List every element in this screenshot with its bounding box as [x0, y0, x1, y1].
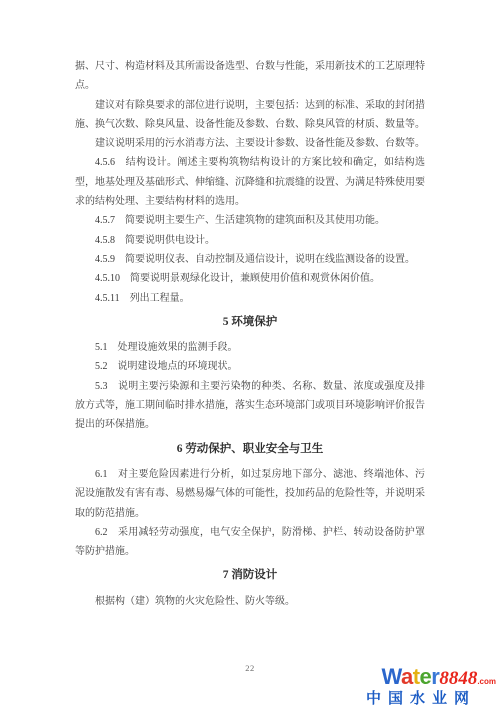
paragraph: 4.5.6 结构设计。阐述主要构筑物结构设计的方案比较和确定，如结构选型，地基处…: [75, 153, 425, 211]
logo-water-text: Water: [381, 664, 439, 689]
paragraph: 5.3 说明主要污染源和主要污染物的种类、名称、数量、浓度或强度及排放方式等，施…: [75, 377, 425, 435]
paragraph: 据、尺寸、构造材料及其所需设备选型、台数与性能，采用新技术的工艺原理特点。: [75, 57, 425, 96]
section-heading: 5 环境保护: [75, 313, 425, 332]
paragraph: 5.2 说明建设地点的环境现状。: [75, 357, 425, 376]
paragraph: 6.2 采用减轻劳动强度，电气安全保护，防滑梯、护栏、转动设备防护罩等防护措施。: [75, 523, 425, 562]
paragraph: 根据构（建）筑物的火灾危险性、防火等级。: [75, 592, 425, 611]
logo-wordmark: Water8848.com: [366, 666, 496, 688]
paragraph: 5.1 处理设施效果的监测手段。: [75, 338, 425, 357]
paragraph: 6.1 对主要危险因素进行分析，如过泵房地下部分、滤池、终端池体、污泥设施散发有…: [75, 465, 425, 523]
paragraph: 4.5.8 简要说明供电设计。: [75, 231, 425, 250]
logo-com-text: .com: [477, 677, 496, 686]
logo-letter: t: [413, 664, 420, 689]
paragraph: 4.5.7 简要说明主要生产、生活建筑物的建筑面积及其使用功能。: [75, 211, 425, 230]
logo-letter: a: [401, 664, 413, 689]
water8848-logo: Water8848.com 中国水业网: [366, 666, 496, 706]
document-content: 据、尺寸、构造材料及其所需设备选型、台数与性能，采用新技术的工艺原理特点。建议对…: [75, 57, 425, 611]
paragraph: 建议说明采用的污水消毒方法、主要设计参数、设备性能及参数、台数等。: [75, 134, 425, 153]
section-heading: 7 消防设计: [75, 566, 425, 585]
paragraph: 4.5.10 简要说明景观绿化设计，兼顾使用价值和观赏休闲价值。: [75, 269, 425, 288]
document-page: 据、尺寸、构造材料及其所需设备选型、台数与性能，采用新技术的工艺原理特点。建议对…: [0, 0, 500, 708]
logo-chinese-name: 中国水业网: [366, 691, 496, 706]
paragraph: 4.5.9 简要说明仪表、自动控制及通信设计，说明在线监测设备的设置。: [75, 250, 425, 269]
paragraph: 建议对有除臭要求的部位进行说明，主要包括：达到的标准、采取的封闭措施、换气次数、…: [75, 96, 425, 135]
logo-8848-text: 8848: [439, 668, 477, 689]
section-heading: 6 劳动保护、职业安全与卫生: [75, 440, 425, 459]
paragraph: 4.5.11 列出工程量。: [75, 289, 425, 308]
logo-letter: W: [381, 664, 400, 689]
logo-letter: e: [420, 664, 432, 689]
